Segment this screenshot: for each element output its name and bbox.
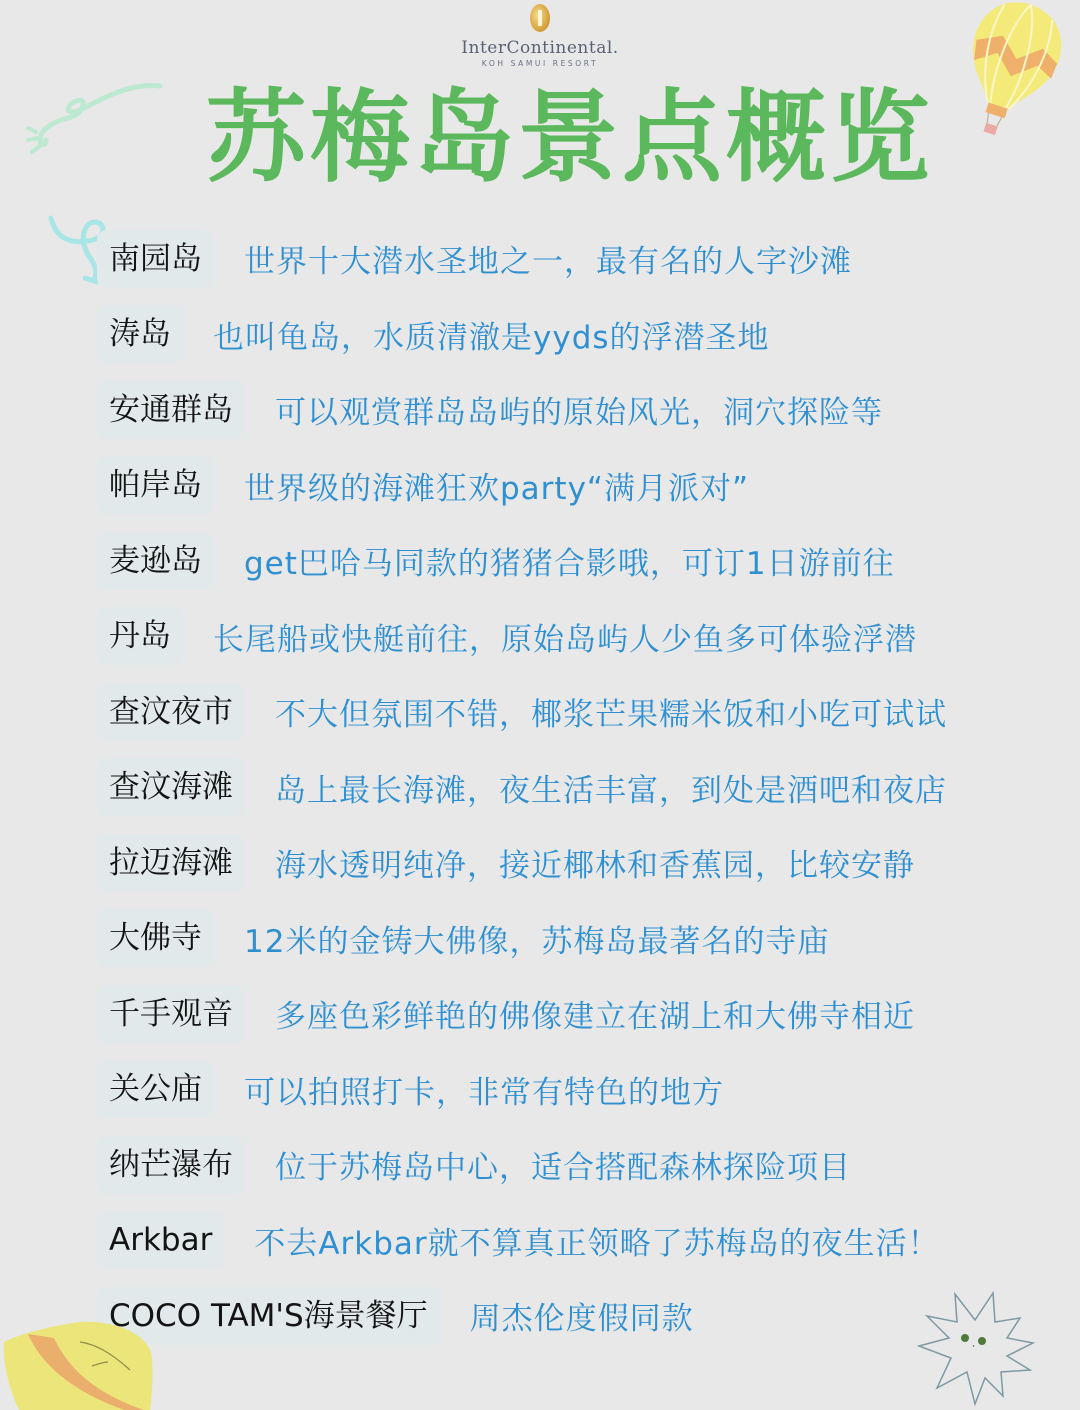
attractions-list: 南园岛 世界十大潜水圣地之一，最有名的人字沙滩 涛岛 也叫龟岛，水质清澈是yyd… [97,221,1057,1354]
attraction-row: 涛岛 也叫龟岛，水质清澈是yyds的浮潜圣地 [97,297,1057,373]
attraction-name: 拉迈海滩 [97,834,245,892]
logo-emblem-icon [530,4,550,32]
attraction-row: 查汶海滩 岛上最长海滩，夜生活丰富，到处是酒吧和夜店 [97,750,1057,826]
attraction-desc: 可以观赏群岛岛屿的原始风光，洞穴探险等 [275,387,883,432]
attraction-name: 麦逊岛 [97,532,214,590]
attraction-row: 南园岛 世界十大潜水圣地之一，最有名的人字沙滩 [97,221,1057,297]
attraction-desc: get巴哈马同款的猪猪合影哦，可订1日游前往 [244,538,895,583]
attraction-row: 查汶夜市 不大但氛围不错，椰浆芒果糯米饭和小吃可试试 [97,674,1057,750]
logo-brand-name: InterContinental. [0,38,1080,58]
straw-hat-icon [0,1312,160,1410]
attraction-desc: 多座色彩鲜艳的佛像建立在湖上和大佛寺相近 [275,991,915,1036]
attraction-desc: 不大但氛围不错，椰浆芒果糯米饭和小吃可试试 [275,689,947,734]
attraction-name: 纳芒瀑布 [97,1136,245,1194]
squiggle-line-icon [20,80,170,170]
attraction-desc: 长尾船或快艇前往，原始岛屿人少鱼多可体验浮潜 [213,614,917,659]
attraction-name: 安通群岛 [97,381,245,439]
intercontinental-logo: InterContinental. KOH SAMUI RESORT [0,4,1080,68]
attraction-name: 丹岛 [97,607,183,665]
attraction-row: 大佛寺 12米的金铸大佛像，苏梅岛最著名的寺庙 [97,901,1057,977]
attraction-desc: 岛上最长海滩，夜生活丰富，到处是酒吧和夜店 [275,765,947,810]
attraction-desc: 12米的金铸大佛像，苏梅岛最著名的寺庙 [244,916,829,961]
attraction-name: 查汶海滩 [97,758,245,816]
logo-subtitle: KOH SAMUI RESORT [0,59,1080,68]
attraction-row: 帕岸岛 世界级的海滩狂欢party“满月派对” [97,448,1057,524]
attraction-row: 千手观音 多座色彩鲜艳的佛像建立在湖上和大佛寺相近 [97,976,1057,1052]
attraction-desc: 位于苏梅岛中心，适合搭配森林探险项目 [275,1142,851,1187]
attraction-row: 拉迈海滩 海水透明纯净，接近椰林和香蕉园，比较安静 [97,825,1057,901]
attraction-name: 查汶夜市 [97,683,245,741]
attraction-name: Arkbar [97,1211,224,1269]
attraction-desc: 海水透明纯净，接近椰林和香蕉园，比较安静 [275,840,915,885]
attraction-desc: 世界级的海滩狂欢party“满月派对” [244,463,749,508]
attraction-row: 关公庙 可以拍照打卡，非常有特色的地方 [97,1052,1057,1128]
attraction-name: 千手观音 [97,985,245,1043]
attraction-row: 纳芒瀑布 位于苏梅岛中心，适合搭配森林探险项目 [97,1127,1057,1203]
attraction-desc: 也叫龟岛，水质清澈是yyds的浮潜圣地 [213,312,770,357]
attraction-desc: 不去Arkbar就不算真正领略了苏梅岛的夜生活！ [254,1218,939,1263]
attraction-name: 大佛寺 [97,909,214,967]
attraction-desc: 周杰伦度假同款 [470,1293,694,1338]
attraction-name: 关公庙 [97,1060,214,1118]
attraction-row: Arkbar 不去Arkbar就不算真正领略了苏梅岛的夜生活！ [97,1203,1057,1279]
starburst-face-icon [895,1280,1045,1410]
attraction-row: 麦逊岛 get巴哈马同款的猪猪合影哦，可订1日游前往 [97,523,1057,599]
attraction-desc: 可以拍照打卡，非常有特色的地方 [244,1067,724,1112]
attraction-name: 帕岸岛 [97,456,214,514]
attraction-name: 涛岛 [97,305,183,363]
attraction-name: 南园岛 [97,230,214,288]
attraction-row: 丹岛 长尾船或快艇前往，原始岛屿人少鱼多可体验浮潜 [97,599,1057,675]
attraction-row: 安通群岛 可以观赏群岛岛屿的原始风光，洞穴探险等 [97,372,1057,448]
page-title: 苏梅岛景点概览 [150,78,990,198]
attraction-desc: 世界十大潜水圣地之一，最有名的人字沙滩 [244,236,852,281]
